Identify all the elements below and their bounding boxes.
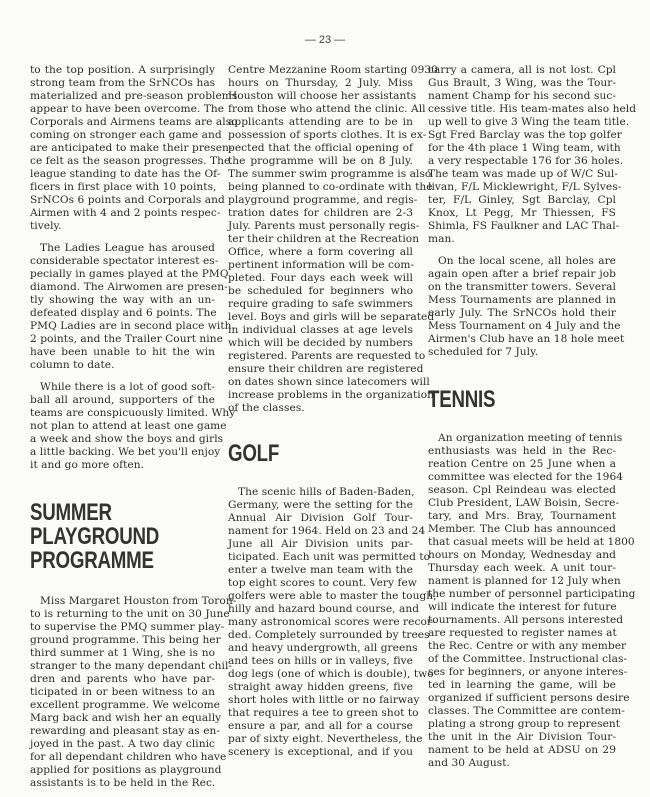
text-line: not plan to attend at least one game [30, 420, 215, 433]
text-line: be scheduled for beginners who [228, 285, 413, 298]
text-line: ensure a par, and all for a course [228, 720, 413, 733]
text-line: pertinent information will be com- [228, 259, 413, 272]
text-line: season. Cpl Reindeau was elected [428, 484, 616, 497]
text-line: possession of sports clothes. It is ex- [228, 129, 413, 142]
text-line: The Ladies League has aroused [30, 242, 215, 255]
text-line: The summer swim programme is also [228, 168, 413, 181]
text-line: the Rec. Centre or with any member [428, 640, 616, 653]
text-line: ficers in first place with 10 points, [30, 181, 215, 194]
text-line: On the local scene, all holes are [428, 255, 616, 268]
text-line: excellent programme. We welcome [30, 699, 215, 712]
tennis-heading: TENNIS [428, 388, 575, 412]
text-line: again open after a brief repair job [428, 268, 616, 281]
text-line: par of sixty eight. Nevertheless, the [228, 733, 413, 746]
text-line: to the top position. A surprisingly [30, 64, 215, 77]
text-line: considerable spectator interest es- [30, 255, 215, 268]
text-line: Houston will choose her assistants [228, 90, 413, 103]
text-line: ce felt as the season progresses. The [30, 155, 215, 168]
text-line: ded. Completely surrounded by trees [228, 629, 413, 642]
text-line: ball all around, supporters of the [30, 394, 215, 407]
text-line: ensure their children are registered [228, 363, 413, 376]
text-line: enter a twelve man team with the [228, 564, 413, 577]
text-line: league standing to date has the Of- [30, 168, 215, 181]
text-line: and tees on hills or in valleys, five [228, 655, 413, 668]
text-line: nament for 1964. Held on 23 and 24 [228, 525, 413, 538]
text-line: for the 4th place 1 Wing team, with [428, 142, 616, 155]
text-line: assistants is to be held in the Rec. [30, 777, 215, 790]
text-line: Corporals and Airmens teams are also [30, 116, 215, 129]
text-line: ticipated in or been witness to an [30, 686, 215, 699]
column-3: carry a camera, all is not lost. CplGus … [428, 64, 616, 779]
text-line: 2 points, and the Trailer Court nine [30, 333, 215, 346]
text-line: and 30 August. [428, 757, 616, 770]
text-line: PMQ Ladies are in second place with [30, 320, 215, 333]
text-line: reation Centre on 25 June when a [428, 458, 616, 471]
column-2: Centre Mezzanine Room starting 0930hours… [228, 64, 413, 768]
text-line: June all Air Division units par- [228, 538, 413, 551]
text-line: applicants attending are to be in [228, 116, 413, 129]
text-line: livan, F/L Micklewright, F/L Sylves- [428, 181, 616, 194]
text-line: require grading to safe swimmers [228, 298, 413, 311]
text-line: ter, F/L Ginley, Sgt Barclay, Cpl [428, 194, 616, 207]
text-line: Mess Tournaments are planned in [428, 294, 616, 307]
text-line: While there is a lot of good soft- [30, 381, 215, 394]
text-line: An organization meeting of tennis [428, 432, 616, 445]
text-line: Germany, were the setting for the [228, 499, 413, 512]
text-line: increase problems in the organization [228, 389, 413, 402]
text-line: the unit in the Air Division Tour- [428, 731, 616, 744]
heading-line-2: PROGRAMME [30, 549, 217, 573]
text-line: scheduled for 7 July. [428, 346, 616, 359]
text-line: Gus Brault, 3 Wing, was the Tour- [428, 77, 616, 90]
text-line: Knox, Lt Pegg, Mr Thiessen, FS [428, 207, 616, 220]
text-line: ses for beginners, or anyone interes- [428, 666, 616, 679]
playground-continued-paragraph: Centre Mezzanine Room starting 0930hours… [228, 64, 413, 415]
text-line: Office, where a form covering all [228, 246, 413, 259]
text-line: tary, and Mrs. Bray, Tournament [428, 510, 616, 523]
text-line: third summer at 1 Wing, she is no [30, 647, 215, 660]
text-line: appear to have been overcome. The [30, 103, 215, 116]
text-line: Marg back and wish her an equally [30, 712, 215, 725]
text-line: ted in learning the game, will be [428, 679, 616, 692]
text-line: to is returning to the unit on 30 June [30, 608, 215, 621]
text-line: Member. The Club has announced [428, 523, 616, 536]
text-line: pecially in games played at the PMQ [30, 268, 215, 281]
text-line: being planned to co-ordinate with the [228, 181, 413, 194]
text-line: which will be decided by numbers [228, 337, 413, 350]
text-line: short holes with little or no fairway [228, 694, 413, 707]
text-line: the programme will be on 8 July. [228, 155, 413, 168]
text-line: registered. Parents are requested to [228, 350, 413, 363]
text-line: Thursday each week. A unit tour- [428, 562, 616, 575]
text-line: rewarding and pleasant stay as en- [30, 725, 215, 738]
text-line: tly showing the way with an un- [30, 294, 215, 307]
text-line: a little backing. We bet you'll enjoy [30, 446, 215, 459]
text-line: that casual meets will be held at 1800 [428, 536, 616, 549]
text-line: Club President, LAW Boisin, Secre- [428, 497, 616, 510]
playground-paragraph: Miss Margaret Houston from Toron-to is r… [30, 595, 215, 790]
text-line: July. Parents must personally regis- [228, 220, 413, 233]
text-line: from those who attend the clinic. All [228, 103, 413, 116]
text-line: of the Committee. Instructional clas- [428, 653, 616, 666]
text-line: plating a strong group to represent [428, 718, 616, 731]
text-line: classes. The Committee are contem- [428, 705, 616, 718]
softball-paragraph-2: The Ladies League has arousedconsiderabl… [30, 242, 215, 372]
text-line: a very respectable 176 for 36 holes. [428, 155, 616, 168]
text-line: level. Boys and girls will be separated [228, 311, 413, 324]
text-line: tournaments. All persons interested [428, 614, 616, 627]
text-line: to supervise the PMQ summer play- [30, 621, 215, 634]
text-line: strong team from the SrNCOs has [30, 77, 215, 90]
text-line: carry a camera, all is not lost. Cpl [428, 64, 616, 77]
page-number: — 23 — [0, 34, 650, 46]
text-line: nament to be held at ADSU on 29 [428, 744, 616, 757]
text-line: stranger to the many dependant chil- [30, 660, 215, 673]
golf-local-paragraph: On the local scene, all holes areagain o… [428, 255, 616, 359]
text-line: it and go more often. [30, 459, 215, 472]
text-line: diamond. The Airwomen are presen- [30, 281, 215, 294]
text-line: man. [428, 233, 616, 246]
text-line: golfers were able to master the tough, [228, 590, 413, 603]
text-line: ground programme. This being her [30, 634, 215, 647]
text-line: The scenic hills of Baden-Baden, [228, 486, 413, 499]
text-line: tively. [30, 220, 215, 233]
text-line: for all dependant children who have [30, 751, 215, 764]
text-line: have been unable to hit the win [30, 346, 215, 359]
text-line: will indicate the interest for future [428, 601, 616, 614]
text-line: tration dates for children are 2-3 [228, 207, 413, 220]
text-line: SrNCOs 6 points and Corporals and [30, 194, 215, 207]
text-line: cessive title. His team-mates also held [428, 103, 616, 116]
text-line: that requires a tee to green shot to [228, 707, 413, 720]
text-line: pleted. Four days each week will [228, 272, 413, 285]
text-line: playground programme, and regis- [228, 194, 413, 207]
text-line: Airmen's Club have an 18 hole meet [428, 333, 616, 346]
text-line: on the transmitter towers. Several [428, 281, 616, 294]
summer-playground-heading: SUMMER PLAYGROUND PROGRAMME [30, 501, 217, 573]
text-line: committee was elected for the 1964 [428, 471, 616, 484]
column-1: to the top position. A surprisinglystron… [30, 64, 215, 797]
text-line: organized if sufficient persons desire [428, 692, 616, 705]
text-line: Miss Margaret Houston from Toron- [30, 595, 215, 608]
text-line: pected that the official opening of [228, 142, 413, 155]
text-line: nament is planned for 12 July when [428, 575, 616, 588]
text-line: defeated display and 6 points. The [30, 307, 215, 320]
text-line: materialized and pre-season problems [30, 90, 215, 103]
text-line: a week and show the boys and girls [30, 433, 215, 446]
text-line: ter their children at the Recreation [228, 233, 413, 246]
text-line: enthusiasts was held in the Rec- [428, 445, 616, 458]
softball-paragraph-1: to the top position. A surprisinglystron… [30, 64, 215, 233]
golf-continued-paragraph: carry a camera, all is not lost. CplGus … [428, 64, 616, 246]
text-line: scenery is exceptional, and if you [228, 746, 413, 759]
text-line: Centre Mezzanine Room starting 0930 [228, 64, 413, 77]
text-line: Airmen with 4 and 2 points respec- [30, 207, 215, 220]
text-line: and heavy undergrowth, all greens [228, 642, 413, 655]
text-line: up well to give 3 Wing the team title. [428, 116, 616, 129]
text-line: Annual Air Division Golf Tour- [228, 512, 413, 525]
softball-paragraph-3: While there is a lot of good soft-ball a… [30, 381, 215, 472]
text-line: The team was made up of W/C Sul- [428, 168, 616, 181]
text-line: on dates shown since latecomers will [228, 376, 413, 389]
text-line: nament Champ for his second suc- [428, 90, 616, 103]
text-line: in individual classes at age levels [228, 324, 413, 337]
text-line: are anticipated to make their presen- [30, 142, 215, 155]
text-line: applied for positions as playground [30, 764, 215, 777]
text-line: ticipated. Each unit was permitted to [228, 551, 413, 564]
text-line: of the classes. [228, 402, 413, 415]
text-line: hours on Thursday, 2 July. Miss [228, 77, 413, 90]
text-line: are requested to register names at [428, 627, 616, 640]
text-line: Mess Tournament on 4 July and the [428, 320, 616, 333]
tennis-paragraph: An organization meeting of tennisenthusi… [428, 432, 616, 770]
text-line: many astronomical scores were recor- [228, 616, 413, 629]
text-line: hilly and hazard bound course, and [228, 603, 413, 616]
heading-line-1: SUMMER PLAYGROUND [30, 501, 217, 549]
text-line: Sgt Fred Barclay was the top golfer [428, 129, 616, 142]
text-line: straight away hidden greens, five [228, 681, 413, 694]
golf-paragraph: The scenic hills of Baden-Baden,Germany,… [228, 486, 413, 759]
golf-heading: GOLF [228, 442, 372, 466]
text-line: dog legs (one of which is double), two [228, 668, 413, 681]
text-line: early July. The SrNCOs hold their [428, 307, 616, 320]
text-line: the number of personnel participating [428, 588, 616, 601]
text-line: Shimla, FS Faulkner and LAC Thal- [428, 220, 616, 233]
text-line: joyed in the past. A two day clinic [30, 738, 215, 751]
text-line: teams are conspicuously limited. Why [30, 407, 215, 420]
text-line: hours on Monday, Wednesday and [428, 549, 616, 562]
text-line: dren and parents who have par- [30, 673, 215, 686]
text-line: top eight scores to count. Very few [228, 577, 413, 590]
text-line: coming on stronger each game and [30, 129, 215, 142]
text-line: column to date. [30, 359, 215, 372]
